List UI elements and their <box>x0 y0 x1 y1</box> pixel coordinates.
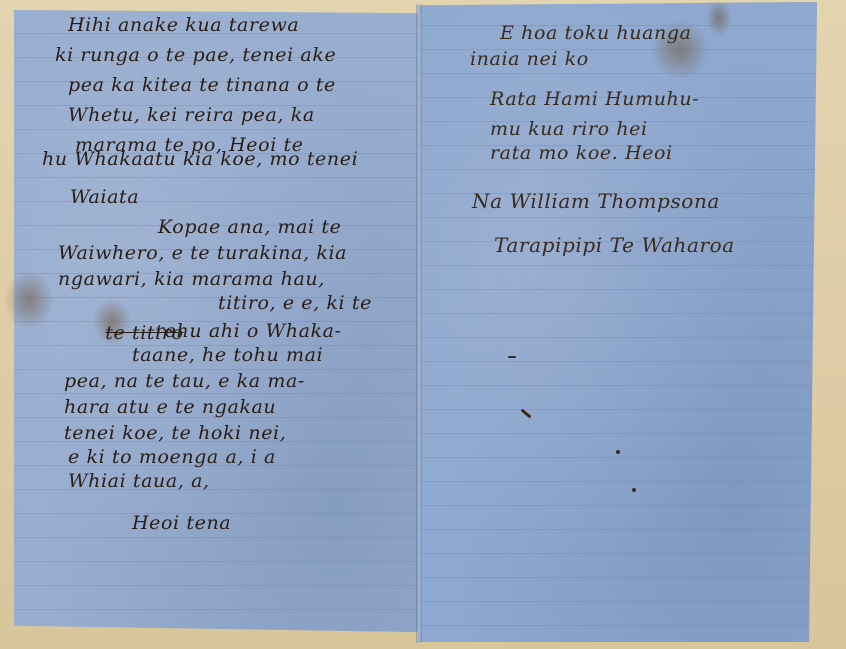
song-heading: Waiata <box>70 182 139 212</box>
page-fold-crease <box>416 4 422 643</box>
ink-stain <box>4 270 54 330</box>
right-line-2: inaia nei ko <box>470 44 589 74</box>
ink-stain <box>706 0 732 36</box>
right-body-line-3: rata mo koe. Heoi <box>490 138 673 168</box>
left-line-3: pea ka kitea te tinana o te <box>68 70 336 100</box>
left-line-2: ki runga o te pae, tenei ake <box>55 40 336 70</box>
left-line-1: Hihi anake kua tarewa <box>68 10 299 40</box>
left-line-4: Whetu, kei reira pea, ka <box>68 100 315 130</box>
song-line-4: titiro, e e, ki te <box>218 288 372 318</box>
right-body-line-1: Rata Hami Humuhu- <box>490 84 699 114</box>
signature: Na William Thompsona <box>472 186 720 216</box>
ink-blot <box>616 450 620 454</box>
song-line-11: Whiai taua, a, <box>68 466 210 496</box>
closing-text: Heoi tena <box>132 508 231 538</box>
ink-blot <box>632 488 636 492</box>
left-line-6: hu Whakaatu kia koe, mo tenei <box>42 144 358 174</box>
ink-blot <box>508 356 516 358</box>
signature-title: Tarapipipi Te Waharoa <box>494 230 735 260</box>
